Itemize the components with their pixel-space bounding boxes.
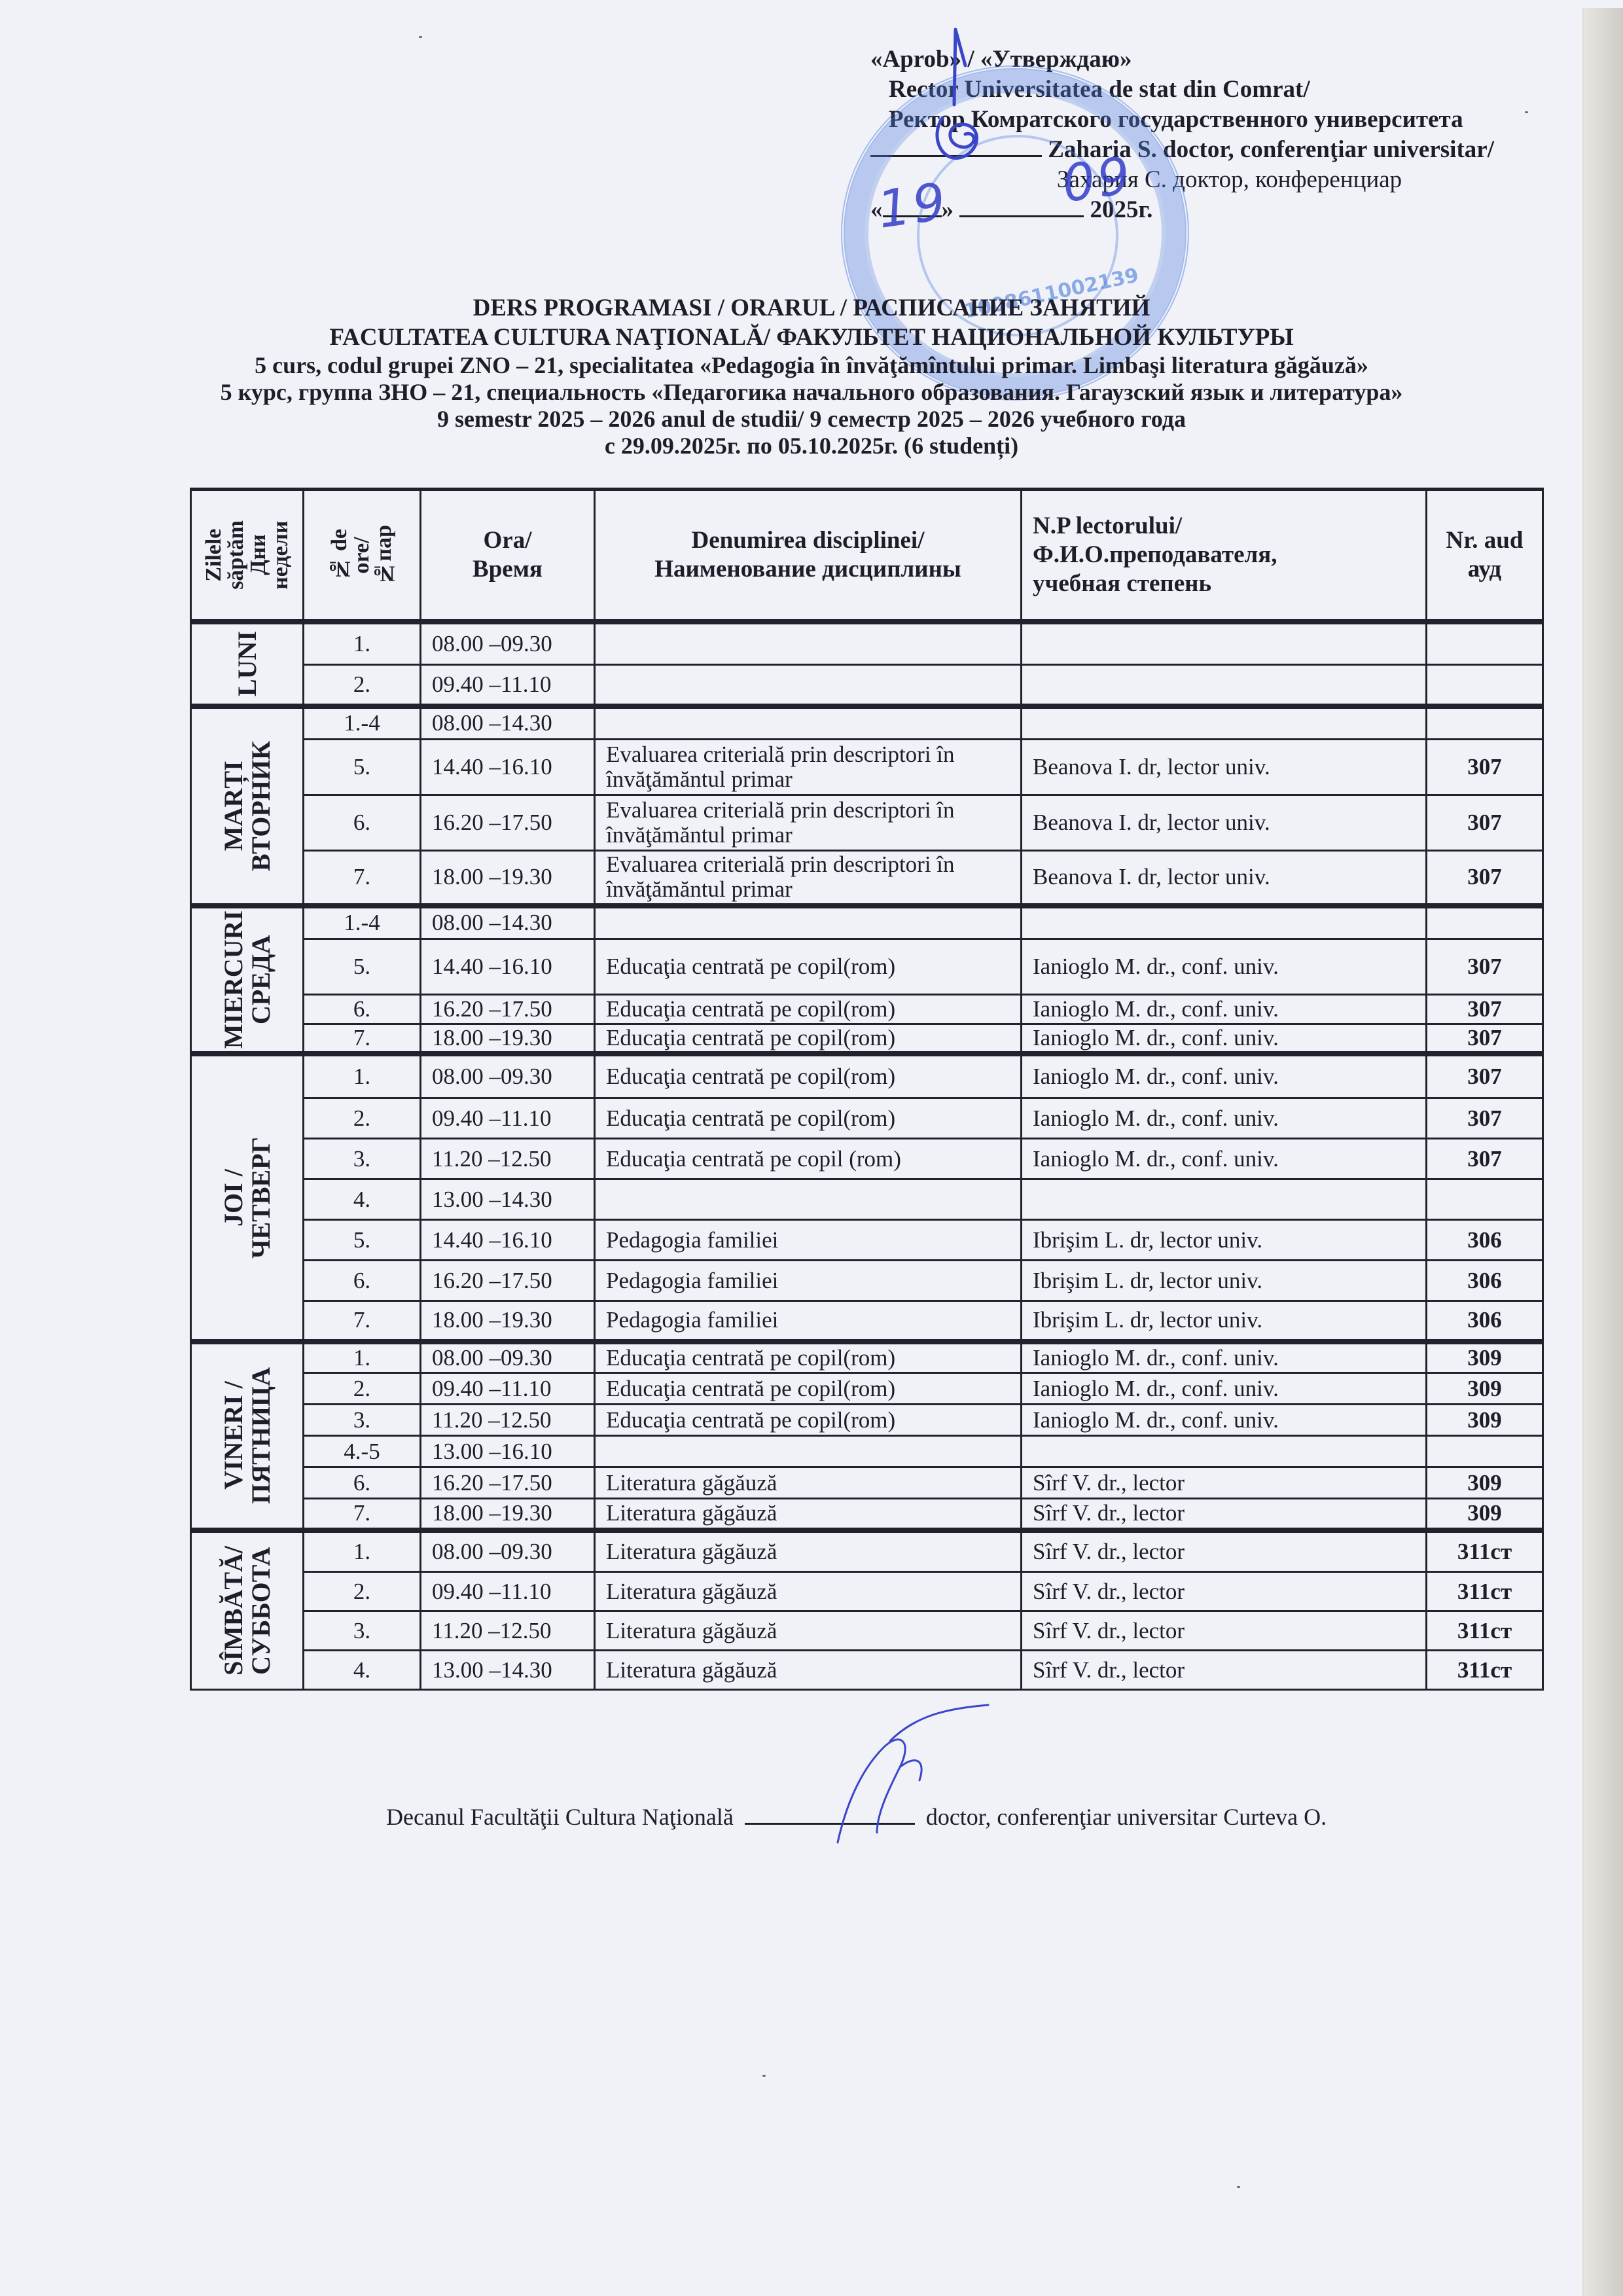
discipline-name: Educaţia centrată pe copil(rom) <box>595 1054 1022 1098</box>
day-name: SÎMBĂTĂ/ <box>219 1546 248 1676</box>
table-row: 2.09.40 –11.10Educaţia centrată pe copil… <box>191 1098 1543 1139</box>
discipline-name <box>595 622 1022 664</box>
pair-number: 4. <box>304 1651 421 1690</box>
pair-number: 1. <box>304 1530 421 1572</box>
pair-time: 13.00 –14.30 <box>421 1179 595 1220</box>
day-label-cell: VINERI /ПЯТНИЦА <box>191 1342 304 1530</box>
discipline-name: Educaţia centrată pe copil (rom) <box>595 1139 1022 1179</box>
pair-time: 08.00 –09.30 <box>421 1054 595 1098</box>
day-label: MARȚIВТОРНИК <box>220 741 275 871</box>
discipline-name: Educaţia centrată pe copil(rom) <box>595 1098 1022 1139</box>
pair-time: 18.00 –19.30 <box>421 1499 595 1530</box>
pair-time: 16.20 –17.50 <box>421 994 595 1024</box>
header-room-ru: ауд <box>1438 555 1531 584</box>
table-row: 3.11.20 –12.50Educaţia centrată pe copil… <box>191 1139 1543 1179</box>
room-number <box>1427 622 1543 664</box>
table-row: 7.18.00 –19.30Literatura găgăuzăSîrf V. … <box>191 1499 1543 1530</box>
pair-number: 2. <box>304 1098 421 1139</box>
pair-number: 2. <box>304 1373 421 1405</box>
table-row: 2.09.40 –11.10 <box>191 664 1543 706</box>
pair-time: 11.20 –12.50 <box>421 1405 595 1436</box>
day-label: SÎMBĂTĂ/СУББОТА <box>220 1546 275 1676</box>
room-number: 307 <box>1427 850 1543 906</box>
lecturer-name: Sîrf V. dr., lector <box>1022 1467 1427 1499</box>
lecturer-name <box>1022 664 1427 706</box>
title-line-5: 9 semestr 2025 – 2026 anul de studii/ 9 … <box>0 406 1623 433</box>
pair-number: 6. <box>304 795 421 850</box>
table-row: 7.18.00 –19.30Evaluarea criterială prin … <box>191 850 1543 906</box>
pair-number: 2. <box>304 664 421 706</box>
pair-time: 09.40 –11.10 <box>421 664 595 706</box>
day-name: MARȚI <box>219 761 248 852</box>
pair-time: 11.20 –12.50 <box>421 1611 595 1651</box>
day-label-cell: MARȚIВТОРНИК <box>191 706 304 906</box>
pair-time: 14.40 –16.10 <box>421 739 595 795</box>
table-header-row: ZilelesăptămДнинедели № deore/№пар Ora/ … <box>191 490 1543 622</box>
discipline-name: Pedagogia familiei <box>595 1220 1022 1261</box>
title-line-4: 5 курс, группа ЗНО – 21, специальность «… <box>0 379 1623 406</box>
pair-time: 16.20 –17.50 <box>421 795 595 850</box>
pair-time: 13.00 –14.30 <box>421 1651 595 1690</box>
discipline-name: Educaţia centrată pe copil(rom) <box>595 994 1022 1024</box>
pair-number: 6. <box>304 1467 421 1499</box>
pair-time: 13.00 –16.10 <box>421 1436 595 1467</box>
table-row: LUNI1.08.00 –09.30 <box>191 622 1543 664</box>
room-number <box>1427 664 1543 706</box>
pair-number: 5. <box>304 939 421 994</box>
lecturer-name <box>1022 706 1427 739</box>
title-line-1: DERS PROGRAMASI / ORARUL / РАСПИСАНИЕ ЗА… <box>0 293 1623 323</box>
lecturer-name: Ibrişim L. dr, lector univ. <box>1022 1301 1427 1342</box>
room-number: 307 <box>1427 1054 1543 1098</box>
pair-time: 08.00 –14.30 <box>421 706 595 739</box>
header-lecturer: N.P lectorului/ Ф.И.О.преподавателя, уче… <box>1022 490 1427 622</box>
pair-number: 7. <box>304 1499 421 1530</box>
table-row: SÎMBĂTĂ/СУББОТА1.08.00 –09.30Literatura … <box>191 1530 1543 1572</box>
room-number: 311ст <box>1427 1530 1543 1572</box>
table-row: JOI /ЧЕТВЕРГ1.08.00 –09.30Educaţia centr… <box>191 1054 1543 1098</box>
lecturer-name: Sîrf V. dr., lector <box>1022 1572 1427 1611</box>
room-number: 306 <box>1427 1261 1543 1301</box>
pair-number: 1. <box>304 1342 421 1373</box>
table-row: MARȚIВТОРНИК1.-408.00 –14.30 <box>191 706 1543 739</box>
room-number: 309 <box>1427 1499 1543 1530</box>
pair-time: 08.00 –09.30 <box>421 1342 595 1373</box>
discipline-name <box>595 1179 1022 1220</box>
day-name: ПЯТНИЦА <box>246 1367 276 1504</box>
scan-speck <box>1237 2186 1240 2188</box>
pair-time: 09.40 –11.10 <box>421 1098 595 1139</box>
day-label-cell: JOI /ЧЕТВЕРГ <box>191 1054 304 1342</box>
day-label: LUNI <box>234 631 261 696</box>
room-number: 307 <box>1427 795 1543 850</box>
pair-number: 7. <box>304 850 421 906</box>
table-row: 7.18.00 –19.30Educaţia centrată pe copil… <box>191 1024 1543 1054</box>
scan-speck <box>419 36 422 38</box>
dean-signature-icon <box>785 1702 1001 1852</box>
room-number <box>1427 906 1543 939</box>
table-row: MIERCURIСРЕДА1.-408.00 –14.30 <box>191 906 1543 939</box>
lecturer-name: Ianioglo M. dr., conf. univ. <box>1022 1024 1427 1054</box>
day-name: LUNI <box>232 631 262 696</box>
room-number: 309 <box>1427 1373 1543 1405</box>
room-number: 311ст <box>1427 1651 1543 1690</box>
rector-signature-icon <box>916 26 1008 177</box>
lecturer-name: Ianioglo M. dr., conf. univ. <box>1022 1139 1427 1179</box>
schedule-body: LUNI1.08.00 –09.302.09.40 –11.10MARȚIВТО… <box>191 622 1543 1690</box>
pair-time: 11.20 –12.50 <box>421 1139 595 1179</box>
lecturer-name: Beanova I. dr, lector univ. <box>1022 795 1427 850</box>
table-row: 4.13.00 –14.30 <box>191 1179 1543 1220</box>
room-number: 307 <box>1427 1098 1543 1139</box>
header-day: ZilelesăptămДнинедели <box>191 490 304 622</box>
header-discipline: Denumirea disciplinei/ Наименование дисц… <box>595 490 1022 622</box>
room-number: 306 <box>1427 1301 1543 1342</box>
room-number <box>1427 1436 1543 1467</box>
pair-number: 3. <box>304 1611 421 1651</box>
table-row: 6.16.20 –17.50Pedagogia familieiIbrişim … <box>191 1261 1543 1301</box>
discipline-name: Literatura găgăuză <box>595 1651 1022 1690</box>
scan-speck <box>762 2075 766 2077</box>
day-label-cell: MIERCURIСРЕДА <box>191 906 304 1054</box>
pair-time: 09.40 –11.10 <box>421 1373 595 1405</box>
lecturer-name: Ianioglo M. dr., conf. univ. <box>1022 1054 1427 1098</box>
pair-number: 1. <box>304 622 421 664</box>
discipline-name: Pedagogia familiei <box>595 1301 1022 1342</box>
dean-title: Decanul Facultăţii Cultura Naţională <box>386 1804 734 1830</box>
table-row: 3.11.20 –12.50Literatura găgăuzăSîrf V. … <box>191 1611 1543 1651</box>
pair-number: 4. <box>304 1179 421 1220</box>
header-lecturer-ru: Ф.И.О.преподавателя, <box>1033 541 1415 569</box>
table-row: 5.14.40 –16.10Educaţia centrată pe copil… <box>191 939 1543 994</box>
discipline-name: Literatura găgăuză <box>595 1530 1022 1572</box>
pair-number: 4.-5 <box>304 1436 421 1467</box>
pair-number: 6. <box>304 1261 421 1301</box>
lecturer-name: Sîrf V. dr., lector <box>1022 1651 1427 1690</box>
header-num: № deore/№пар <box>304 490 421 622</box>
table-row: 6.16.20 –17.50Literatura găgăuzăSîrf V. … <box>191 1467 1543 1499</box>
pair-number: 2. <box>304 1572 421 1611</box>
lecturer-name: Ibrişim L. dr, lector univ. <box>1022 1261 1427 1301</box>
pair-number: 1.-4 <box>304 706 421 739</box>
handwritten-month: 09 <box>1059 146 1137 214</box>
header-time-ru: Время <box>432 555 583 584</box>
lecturer-name: Ianioglo M. dr., conf. univ. <box>1022 939 1427 994</box>
pair-time: 14.40 –16.10 <box>421 939 595 994</box>
lecturer-name: Ianioglo M. dr., conf. univ. <box>1022 1373 1427 1405</box>
pair-time: 14.40 –16.10 <box>421 1220 595 1261</box>
header-lecturer-degree: учебная степень <box>1033 569 1415 598</box>
room-number: 307 <box>1427 1139 1543 1179</box>
pair-number: 5. <box>304 1220 421 1261</box>
lecturer-name <box>1022 1179 1427 1220</box>
room-number: 311ст <box>1427 1572 1543 1611</box>
pair-number: 3. <box>304 1139 421 1179</box>
pair-number: 7. <box>304 1301 421 1342</box>
discipline-name <box>595 1436 1022 1467</box>
day-label-cell: LUNI <box>191 622 304 706</box>
lecturer-name: Sîrf V. dr., lector <box>1022 1499 1427 1530</box>
lecturer-name: Ianioglo M. dr., conf. univ. <box>1022 1342 1427 1373</box>
room-number <box>1427 1179 1543 1220</box>
discipline-name <box>595 906 1022 939</box>
table-row: VINERI /ПЯТНИЦА1.08.00 –09.30Educaţia ce… <box>191 1342 1543 1373</box>
day-name: JOI / <box>219 1169 248 1227</box>
day-label-cell: SÎMBĂTĂ/СУББОТА <box>191 1530 304 1690</box>
table-row: 3.11.20 –12.50Educaţia centrată pe copil… <box>191 1405 1543 1436</box>
pair-time: 16.20 –17.50 <box>421 1261 595 1301</box>
pair-time: 16.20 –17.50 <box>421 1467 595 1499</box>
header-discipline-ro: Denumirea disciplinei/ <box>606 526 1010 555</box>
handwritten-day: 19 <box>874 172 952 240</box>
discipline-name: Educaţia centrată pe copil(rom) <box>595 1373 1022 1405</box>
table-row: 7.18.00 –19.30Pedagogia familieiIbrişim … <box>191 1301 1543 1342</box>
room-number: 309 <box>1427 1405 1543 1436</box>
day-name: VINERI / <box>219 1382 248 1490</box>
discipline-name: Literatura găgăuză <box>595 1467 1022 1499</box>
pair-time: 08.00 –09.30 <box>421 1530 595 1572</box>
lecturer-name: Ianioglo M. dr., conf. univ. <box>1022 994 1427 1024</box>
header-discipline-ru: Наименование дисциплины <box>606 555 1010 584</box>
lecturer-name: Ianioglo M. dr., conf. univ. <box>1022 1098 1427 1139</box>
lecturer-name <box>1022 1436 1427 1467</box>
room-number: 306 <box>1427 1220 1543 1261</box>
document-titles: DERS PROGRAMASI / ORARUL / РАСПИСАНИЕ ЗА… <box>0 293 1623 459</box>
pair-time: 09.40 –11.10 <box>421 1572 595 1611</box>
header-time-ro: Ora/ <box>432 526 583 555</box>
pair-time: 18.00 –19.30 <box>421 1024 595 1054</box>
table-row: 6.16.20 –17.50Educaţia centrată pe copil… <box>191 994 1543 1024</box>
discipline-name: Pedagogia familiei <box>595 1261 1022 1301</box>
header-day-text: ZilelesăptămДнинедели <box>203 520 292 590</box>
discipline-name: Evaluarea criterială prin descriptori în… <box>595 850 1022 906</box>
pair-number: 1.-4 <box>304 906 421 939</box>
day-name: ВТОРНИК <box>246 741 276 871</box>
pair-number: 3. <box>304 1405 421 1436</box>
room-number: 307 <box>1427 939 1543 994</box>
header-lecturer-ro: N.P lectorului/ <box>1033 512 1415 541</box>
room-number: 307 <box>1427 994 1543 1024</box>
day-name: MIERCURI <box>219 910 248 1049</box>
pair-time: 08.00 –14.30 <box>421 906 595 939</box>
table-row: 2.09.40 –11.10Literatura găgăuzăSîrf V. … <box>191 1572 1543 1611</box>
day-label: JOI /ЧЕТВЕРГ <box>220 1137 275 1259</box>
pair-number: 6. <box>304 994 421 1024</box>
lecturer-name <box>1022 906 1427 939</box>
pair-time: 18.00 –19.30 <box>421 1301 595 1342</box>
room-number: 311ст <box>1427 1611 1543 1651</box>
discipline-name: Educaţia centrată pe copil(rom) <box>595 1405 1022 1436</box>
lecturer-name: Beanova I. dr, lector univ. <box>1022 850 1427 906</box>
lecturer-name: Beanova I. dr, lector univ. <box>1022 739 1427 795</box>
discipline-name: Educaţia centrată pe copil(rom) <box>595 939 1022 994</box>
lecturer-name: Sîrf V. dr., lector <box>1022 1611 1427 1651</box>
room-number: 309 <box>1427 1467 1543 1499</box>
title-line-2: FACULTATEA CULTURA NAŢIONALĂ/ ФАКУЛЬТЕТ … <box>0 323 1623 352</box>
day-name: СУББОТА <box>246 1547 276 1674</box>
pair-number: 1. <box>304 1054 421 1098</box>
header-num-text: № deore/№пар <box>329 525 395 586</box>
discipline-name: Educaţia centrată pe copil(rom) <box>595 1024 1022 1054</box>
room-number: 309 <box>1427 1342 1543 1373</box>
discipline-name <box>595 706 1022 739</box>
discipline-name: Evaluarea criterială prin descriptori în… <box>595 739 1022 795</box>
day-label: MIERCURIСРЕДА <box>220 910 275 1049</box>
table-row: 2.09.40 –11.10Educaţia centrată pe copil… <box>191 1373 1543 1405</box>
pair-time: 18.00 –19.30 <box>421 850 595 906</box>
lecturer-name: Ianioglo M. dr., conf. univ. <box>1022 1405 1427 1436</box>
discipline-name: Literatura găgăuză <box>595 1572 1022 1611</box>
lecturer-name: Ibrişim L. dr, lector univ. <box>1022 1220 1427 1261</box>
day-name: СРЕДА <box>246 935 276 1024</box>
discipline-name: Literatura găgăuză <box>595 1611 1022 1651</box>
table-row: 6.16.20 –17.50Evaluarea criterială prin … <box>191 795 1543 850</box>
header-room: Nr. aud ауд <box>1427 490 1543 622</box>
title-line-6: с 29.09.2025г. по 05.10.2025г. (6 studen… <box>0 433 1623 459</box>
pair-number: 5. <box>304 739 421 795</box>
day-label: VINERI /ПЯТНИЦА <box>220 1367 275 1504</box>
room-number: 307 <box>1427 1024 1543 1054</box>
discipline-name: Educaţia centrată pe copil(rom) <box>595 1342 1022 1373</box>
discipline-name: Literatura găgăuză <box>595 1499 1022 1530</box>
title-line-3: 5 curs, codul grupei ZNO – 21, specialit… <box>0 352 1623 379</box>
table-row: 5.14.40 –16.10Pedagogia familieiIbrişim … <box>191 1220 1543 1261</box>
header-room-ro: Nr. aud <box>1438 526 1531 555</box>
day-name: ЧЕТВЕРГ <box>246 1137 276 1259</box>
table-row: 4.13.00 –14.30Literatura găgăuzăSîrf V. … <box>191 1651 1543 1690</box>
lecturer-name: Sîrf V. dr., lector <box>1022 1530 1427 1572</box>
schedule-table: ZilelesăptămДнинедели № deore/№пар Ora/ … <box>190 488 1544 1691</box>
lecturer-name <box>1022 622 1427 664</box>
discipline-name: Evaluarea criterială prin descriptori în… <box>595 795 1022 850</box>
header-time: Ora/ Время <box>421 490 595 622</box>
room-number <box>1427 706 1543 739</box>
room-number: 307 <box>1427 739 1543 795</box>
pair-time: 08.00 –09.30 <box>421 622 595 664</box>
table-row: 5.14.40 –16.10Evaluarea criterială prin … <box>191 739 1543 795</box>
scan-speck <box>1525 111 1528 113</box>
discipline-name <box>595 664 1022 706</box>
pair-number: 7. <box>304 1024 421 1054</box>
table-row: 4.-513.00 –16.10 <box>191 1436 1543 1467</box>
